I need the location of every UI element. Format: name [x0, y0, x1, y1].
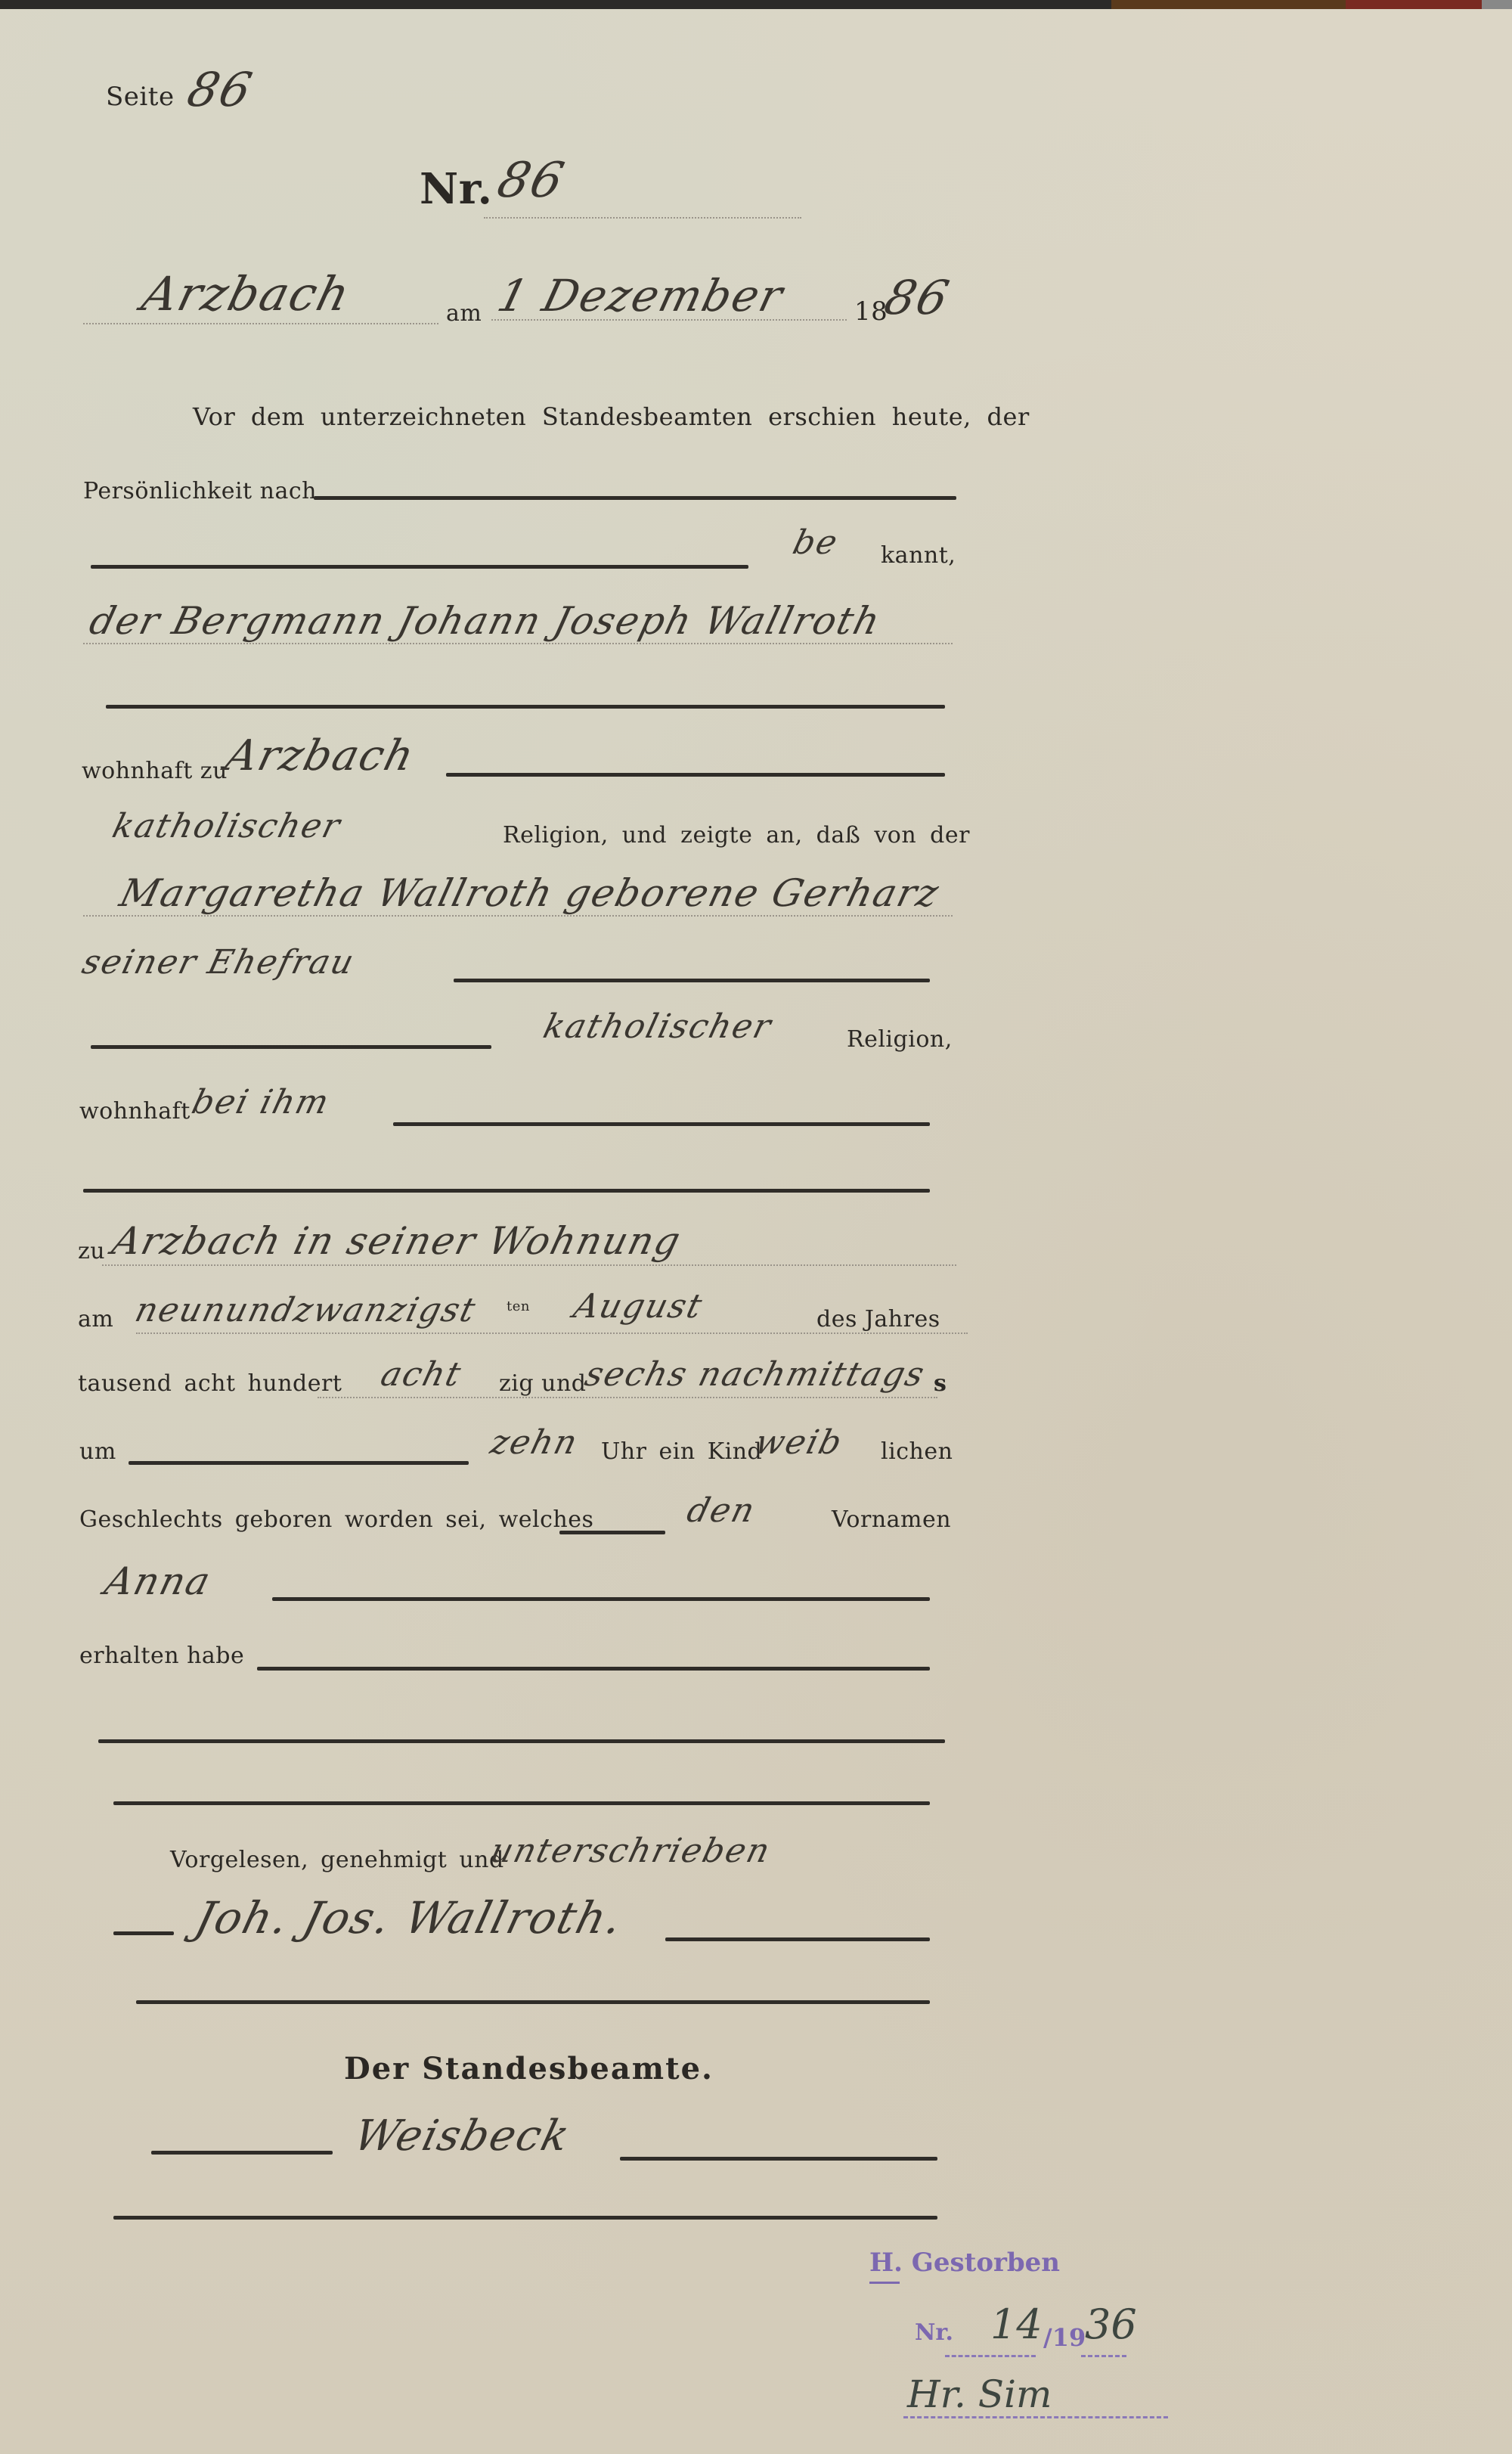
- time-label: um: [79, 1438, 116, 1465]
- day-line: [136, 1332, 968, 1334]
- death-year-line: [1081, 2355, 1126, 2357]
- birthplace-line: [102, 1264, 956, 1266]
- residence-value: Arzbach: [221, 731, 420, 780]
- fill-rule: [446, 773, 945, 777]
- page-number: 86: [182, 62, 259, 117]
- fill-rule: [620, 2157, 937, 2161]
- registrar-signature: Weisbeck: [349, 2111, 575, 2161]
- death-stamp-label: H. Gestorben: [869, 2248, 1060, 2278]
- year-decade: acht: [377, 1355, 466, 1394]
- fill-rule: [113, 2216, 937, 2220]
- day-label: am: [78, 1306, 113, 1332]
- fill-rule: [91, 1045, 491, 1049]
- death-nr-line: [945, 2355, 1036, 2357]
- mother-relation: seiner Ehefrau: [79, 943, 359, 982]
- fill-rule: [454, 979, 930, 982]
- death-signature-line: [903, 2416, 1168, 2418]
- year-line: [318, 1397, 937, 1398]
- fill-rule: [91, 565, 748, 569]
- death-nr-value: 14: [990, 2300, 1043, 2348]
- fill-rule: [113, 1801, 930, 1805]
- fill-rule: [257, 1667, 930, 1671]
- informant-line: [83, 643, 953, 644]
- read-approved-hand: unterschrieben: [487, 1832, 775, 1870]
- fill-rule: [129, 1461, 469, 1465]
- informant-name: der Bergmann Johann Joseph Wallroth: [85, 599, 886, 643]
- place-value: Arzbach: [137, 266, 357, 321]
- time-text: Uhr ein Kind: [601, 1438, 762, 1465]
- sex-suffix: lichen: [881, 1438, 953, 1465]
- fill-rule: [393, 1122, 930, 1126]
- birthplace-value: Arzbach in seiner Wohnung: [108, 1219, 686, 1263]
- given-name-label: Vornamen: [832, 1506, 951, 1533]
- religion-mother: katholischer: [540, 1007, 776, 1046]
- date-value: 1 Dezember: [493, 270, 789, 321]
- page-label: Seite: [106, 82, 175, 112]
- fill-rule: [665, 1937, 930, 1941]
- year-s: s: [934, 1370, 947, 1397]
- mother-line: [83, 915, 953, 917]
- year-handwritten: 86: [879, 270, 956, 325]
- fill-rule: [106, 705, 945, 709]
- year-label: des Jahres: [816, 1306, 940, 1332]
- day-value: neunundzwanzigst: [132, 1291, 481, 1329]
- place-line: [83, 323, 438, 324]
- residence-label: wohnhaft zu: [82, 758, 228, 784]
- death-year-prefix: /19: [1043, 2323, 1086, 2352]
- fill-rule: [559, 1531, 665, 1534]
- fill-rule: [83, 1189, 930, 1193]
- religion-mother-label: Religion,: [847, 1026, 953, 1053]
- day-suffix: ten: [507, 1298, 530, 1314]
- sex-value: weib: [751, 1423, 847, 1462]
- year-unit-time: sechs nachmittags: [581, 1355, 930, 1394]
- death-year-value: 36: [1085, 2300, 1137, 2348]
- read-approved-label: Vorgelesen, genehmigt und: [170, 1847, 504, 1873]
- religion-text: Religion, und zeigte an, daß von der: [503, 822, 970, 849]
- received-label: erhalten habe: [79, 1643, 244, 1669]
- fill-rule: [113, 1931, 174, 1935]
- record-label: Nr.: [420, 164, 493, 214]
- month-value: August: [570, 1287, 708, 1326]
- name-prefix: den: [683, 1491, 760, 1530]
- stamp-underline: [869, 2282, 900, 2284]
- year-zig: zig und: [499, 1370, 587, 1397]
- book-binding-edge: [0, 0, 1512, 9]
- gender-text: Geschlechts geboren worden sei, welches: [79, 1506, 593, 1533]
- mother-name: Margaretha Wallroth geborene Gerharz: [116, 871, 944, 915]
- date-am-label: am: [446, 300, 482, 327]
- death-nr-label: Nr.: [915, 2319, 953, 2346]
- time-value: zehn: [487, 1423, 583, 1462]
- fill-rule: [136, 2000, 930, 2004]
- registrar-title: Der Standesbeamte.: [344, 2051, 714, 2086]
- known-suffix: kannt,: [881, 542, 956, 569]
- birthplace-label: zu: [78, 1238, 105, 1264]
- known-prefix: be: [789, 523, 843, 562]
- fill-rule: [314, 496, 956, 500]
- register-page: Seite 86 Nr. 86 Arzbach am 1 Dezember 18…: [0, 9, 1512, 2454]
- informant-signature: Joh. Jos. Wallroth.: [191, 1892, 629, 1944]
- fill-rule: [272, 1597, 930, 1601]
- death-stamp-signature: Hr. Sim: [907, 2372, 1052, 2416]
- record-number-line: [484, 217, 801, 219]
- mother-residence-label: wohnhaft: [79, 1098, 191, 1125]
- fill-rule: [151, 2151, 333, 2155]
- given-name-value: Anna: [101, 1559, 216, 1603]
- fill-rule: [98, 1739, 945, 1743]
- record-number: 86: [492, 153, 571, 209]
- identity-label: Persönlichkeit nach: [83, 478, 317, 504]
- intro-text: Vor dem unterzeichneten Standesbeamten e…: [193, 402, 1030, 431]
- mother-residence-value: bei ihm: [188, 1083, 334, 1122]
- year-words: tausend acht hundert: [78, 1370, 342, 1397]
- religion-informant: katholischer: [109, 807, 345, 845]
